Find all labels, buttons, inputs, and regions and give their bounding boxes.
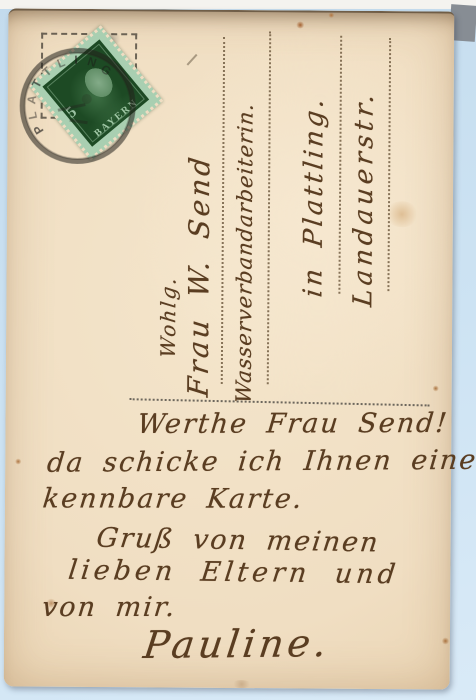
- message-line-5: von mir.: [41, 592, 179, 623]
- pen-mark: [187, 54, 198, 66]
- message-salutation: Werthe Frau Send!: [136, 408, 450, 440]
- section-divider-line: [130, 398, 430, 406]
- address-town: in Plattling.: [298, 95, 329, 299]
- stain: [296, 21, 304, 28]
- postcard: 5 BAYERN PLATTLING Wohlg. Frau W. Send W…: [4, 8, 455, 689]
- scanner-bed-strip: [0, 0, 476, 9]
- message-line-1: da schicke ich Ihnen eine: [46, 445, 476, 479]
- address-rule-2: [267, 31, 271, 384]
- stain: [15, 459, 21, 465]
- postmark-letters: PLATTLING: [19, 48, 136, 165]
- message-line-2: kennbare Karte.: [41, 483, 305, 514]
- message-line-3: Gruß von meinen: [95, 523, 382, 559]
- postmark-letter: P: [29, 121, 47, 139]
- postmark-letter: A: [24, 92, 40, 106]
- address-rule-4: [387, 38, 391, 291]
- stain: [328, 13, 334, 18]
- postmark-letter: G: [97, 61, 115, 79]
- message-line-4: lieben Eltern und: [67, 555, 401, 591]
- address-rule-3: [338, 36, 342, 294]
- signature: Pauline.: [141, 621, 333, 667]
- stain: [442, 637, 449, 644]
- address-rule-1: [221, 37, 225, 384]
- postmark-letter: L: [53, 54, 69, 71]
- postmark-letter: L: [25, 108, 41, 123]
- postmark: PLATTLING: [19, 48, 136, 165]
- stain: [232, 680, 252, 688]
- address-street: Landauerstr.: [348, 89, 379, 308]
- stain: [433, 385, 439, 391]
- postmark-letter: N: [84, 54, 100, 71]
- address-recipient: Frau W. Send: [182, 153, 217, 399]
- address-honorific: Wohlg.: [156, 275, 181, 359]
- scan-photo: { "postcard": { "stamp": { "country": "B…: [0, 0, 476, 700]
- postmark-letter: I: [70, 53, 82, 67]
- address-occupation: Wasserverbandarbeiterin.: [232, 101, 258, 404]
